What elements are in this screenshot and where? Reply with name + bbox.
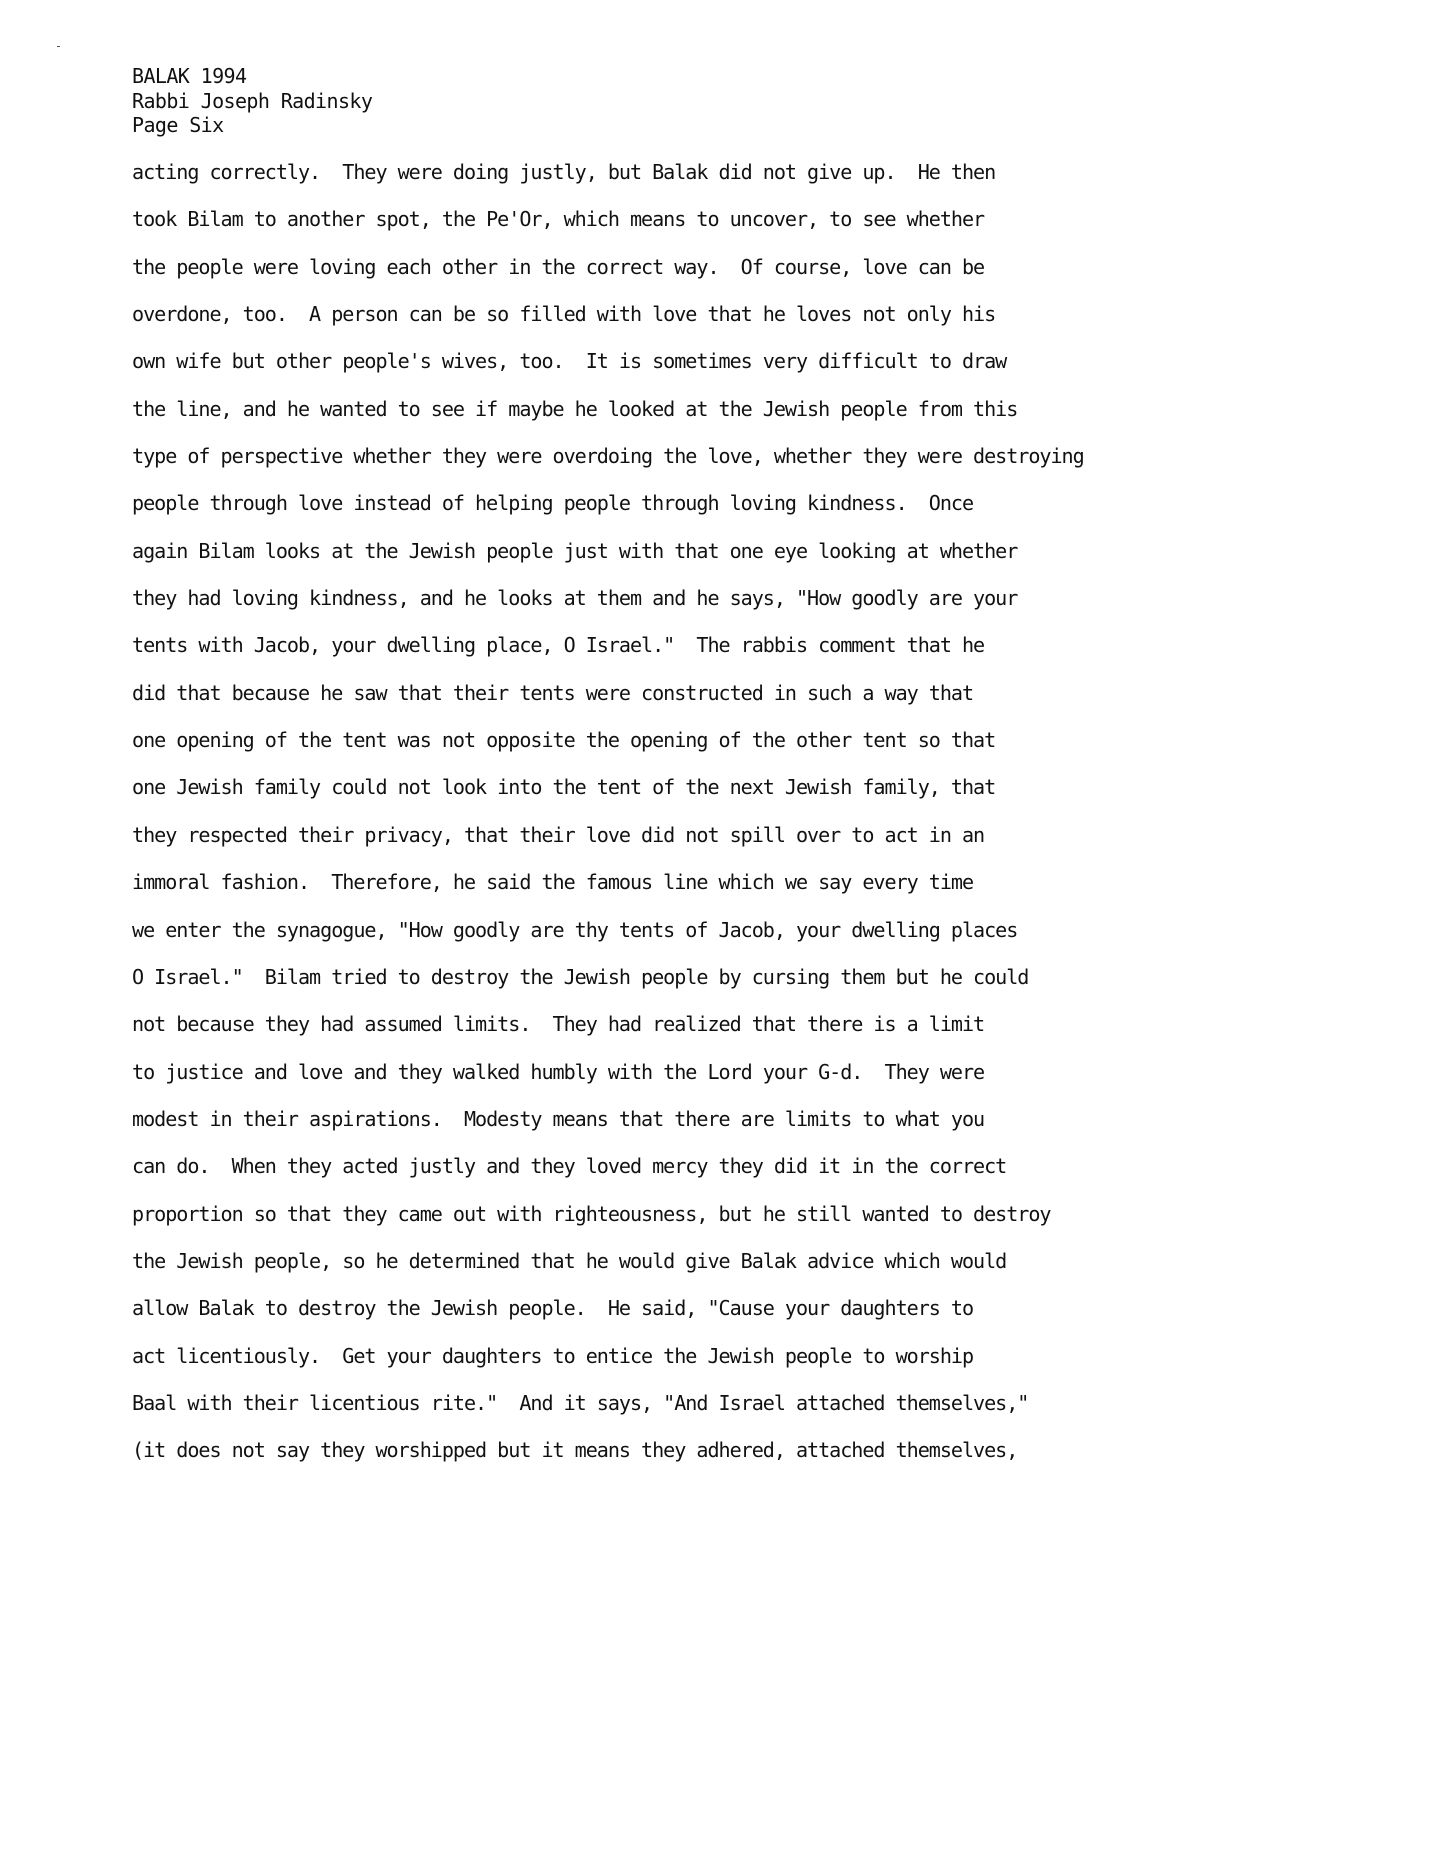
body-line: (it does not say they worshipped but it … (132, 1435, 1308, 1482)
body-line: to justice and love and they walked humb… (132, 1057, 1308, 1104)
body-line: type of perspective whether they were ov… (132, 441, 1308, 488)
body-line: acting correctly. They were doing justly… (132, 157, 1308, 204)
body-line: can do. When they acted justly and they … (132, 1151, 1308, 1198)
body-line: immoral fashion. Therefore, he said the … (132, 867, 1308, 914)
body-line: we enter the synagogue, "How goodly are … (132, 915, 1308, 962)
scan-speck (57, 46, 60, 47)
body-line: one opening of the tent was not opposite… (132, 725, 1308, 772)
body-line: one Jewish family could not look into th… (132, 772, 1308, 819)
body-line: act licentiously. Get your daughters to … (132, 1341, 1308, 1388)
body-line: Baal with their licentious rite." And it… (132, 1388, 1308, 1435)
body-line: took Bilam to another spot, the Pe'Or, w… (132, 204, 1308, 251)
body-line: modest in their aspirations. Modesty mea… (132, 1104, 1308, 1151)
document-body: acting correctly. They were doing justly… (132, 157, 1332, 1483)
document-header: BALAK 1994 Rabbi Joseph Radinsky Page Si… (132, 64, 372, 138)
body-line: tents with Jacob, your dwelling place, O… (132, 630, 1308, 677)
document-author: Rabbi Joseph Radinsky (132, 89, 372, 114)
body-line: proportion so that they came out with ri… (132, 1199, 1308, 1246)
body-line: own wife but other people's wives, too. … (132, 346, 1308, 393)
body-line: the line, and he wanted to see if maybe … (132, 394, 1308, 441)
body-line: people through love instead of helping p… (132, 488, 1308, 535)
body-line: not because they had assumed limits. The… (132, 1009, 1308, 1056)
body-line: they respected their privacy, that their… (132, 820, 1308, 867)
body-line: again Bilam looks at the Jewish people j… (132, 536, 1308, 583)
page-label: Page Six (132, 113, 372, 138)
body-line: did that because he saw that their tents… (132, 678, 1308, 725)
document-title: BALAK 1994 (132, 64, 372, 89)
body-line: the Jewish people, so he determined that… (132, 1246, 1308, 1293)
body-line: they had loving kindness, and he looks a… (132, 583, 1308, 630)
document-page: BALAK 1994 Rabbi Joseph Radinsky Page Si… (0, 0, 1430, 1851)
body-line: overdone, too. A person can be so filled… (132, 299, 1308, 346)
body-line: the people were loving each other in the… (132, 252, 1308, 299)
body-line: allow Balak to destroy the Jewish people… (132, 1293, 1308, 1340)
body-line: O Israel." Bilam tried to destroy the Je… (132, 962, 1308, 1009)
